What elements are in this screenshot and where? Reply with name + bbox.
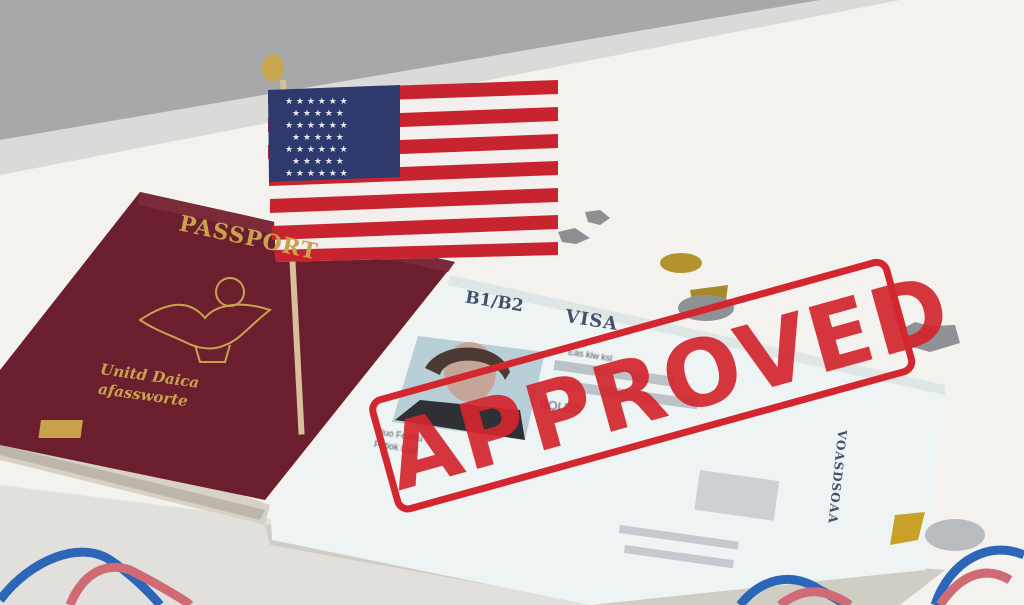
- svg-text:★ ★ ★ ★ ★ ★: ★ ★ ★ ★ ★ ★: [285, 97, 348, 107]
- svg-text:★ ★ ★ ★ ★ ★: ★ ★ ★ ★ ★ ★: [285, 121, 348, 131]
- svg-text:★ ★ ★ ★ ★: ★ ★ ★ ★ ★: [292, 157, 344, 167]
- us-flag-icon: ★ ★ ★ ★ ★ ★ ★ ★ ★ ★ ★ ★ ★ ★ ★ ★ ★ ★ ★ ★ …: [268, 80, 558, 262]
- svg-text:★ ★ ★ ★ ★ ★: ★ ★ ★ ★ ★ ★: [285, 169, 348, 179]
- svg-text:★ ★ ★ ★ ★ ★: ★ ★ ★ ★ ★ ★: [285, 145, 348, 155]
- svg-text:★ ★ ★ ★ ★: ★ ★ ★ ★ ★: [292, 109, 344, 119]
- photo-scene: ★ ★ ★ ★ ★ ★ ★ ★ ★ ★ ★ ★ ★ ★ ★ ★ ★ ★ ★ ★ …: [0, 0, 1024, 605]
- flag-finial: [262, 54, 284, 82]
- svg-text:★ ★ ★ ★ ★: ★ ★ ★ ★ ★: [292, 133, 344, 143]
